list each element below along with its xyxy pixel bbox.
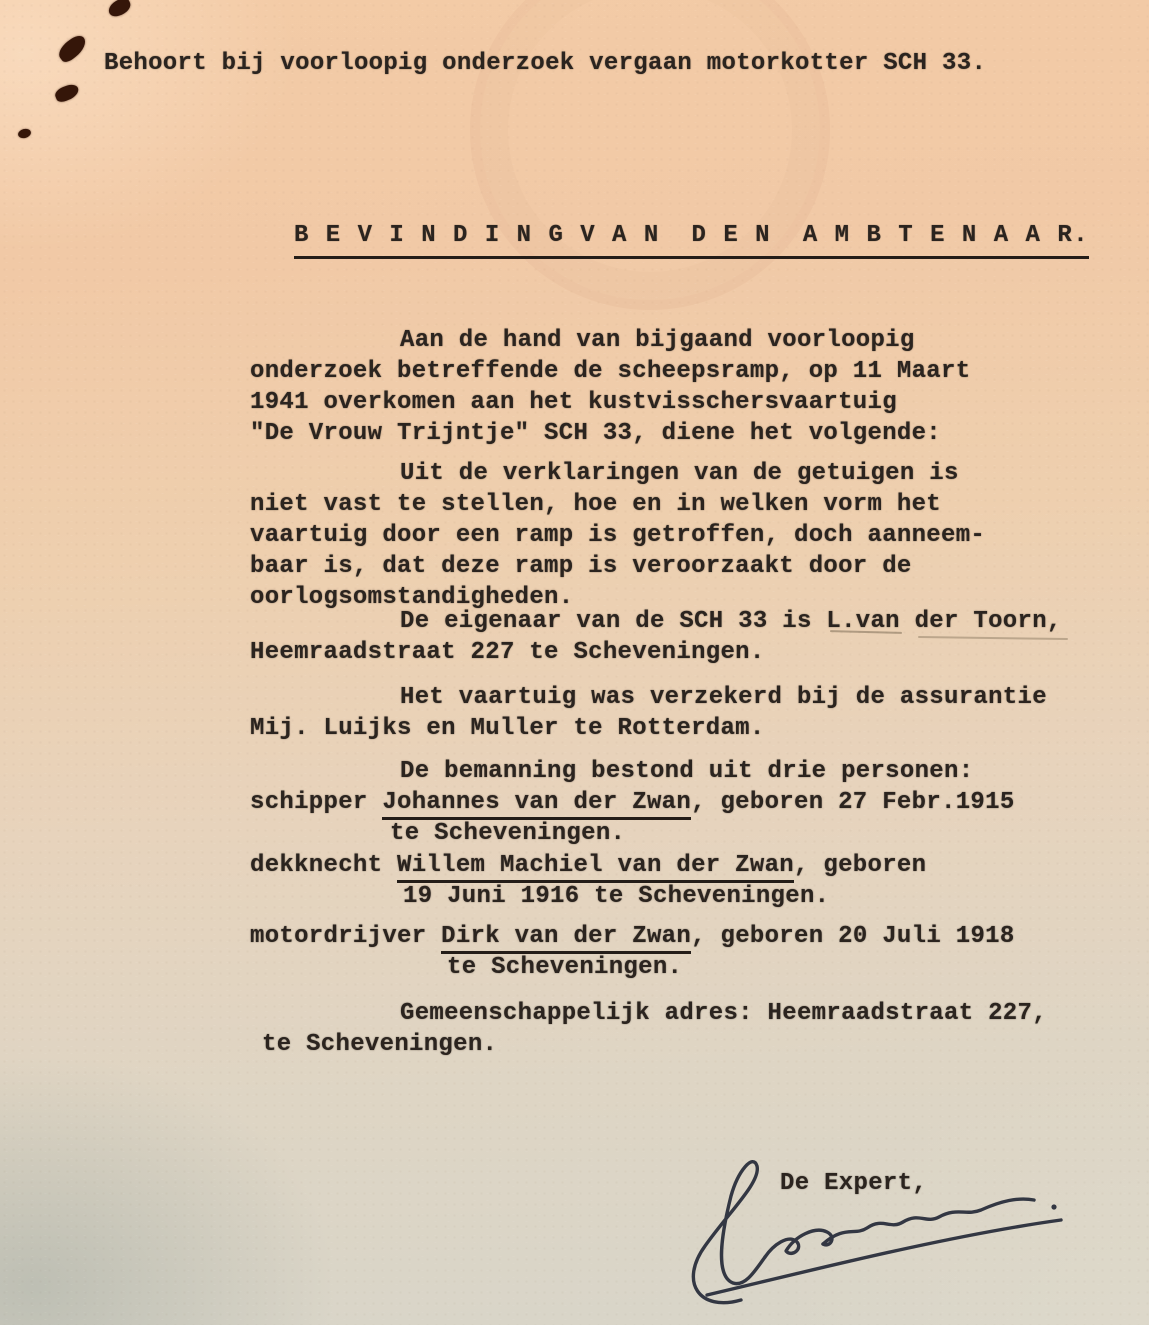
ink-stain	[106, 0, 133, 19]
document-title: B E V I N D I N G V A N D E N A M B T E …	[294, 222, 1089, 249]
ink-stain	[17, 127, 32, 139]
text-line: De eigenaar van de SCH 33 is L.van der T…	[250, 606, 1062, 637]
paragraph-insurance: Het vaartuig was verzekerd bij de assura…	[250, 682, 1047, 744]
text-line: Mij. Luijks en Muller te Rotterdam.	[250, 713, 1047, 744]
crew-role: schipper	[250, 789, 382, 816]
crew-entry-motordrijver: motordrijver Dirk van der Zwan, geboren …	[250, 921, 1015, 983]
crew-role: dekknecht	[250, 852, 397, 879]
paragraph-crew: De bemanning bestond uit drie personen: …	[250, 756, 1015, 849]
text-line: Aan de hand van bijgaand voorloopig	[250, 325, 970, 356]
header-note: Behoort bij voorloopig onderzoek vergaan…	[104, 48, 986, 79]
text-line: vaartuig door een ramp is getroffen, doc…	[250, 520, 985, 551]
crew-role: motordrijver	[250, 923, 441, 950]
crew-entry-schipper: schipper Johannes van der Zwan, geboren …	[250, 787, 1015, 818]
paragraph-address: Gemeenschappelijk adres: Heemraadstraat …	[250, 998, 1047, 1060]
crew-birth: , geboren 27 Febr.1915	[691, 789, 1014, 816]
text-line: Uit de verklaringen van de getuigen is	[250, 458, 985, 489]
text-line: te Scheveningen.	[250, 952, 1015, 983]
signature-label: De Expert,	[780, 1168, 927, 1199]
text-line: motordrijver Dirk van der Zwan, geboren …	[250, 921, 1015, 952]
crew-name-underlined: Willem Machiel van der Zwan	[397, 852, 794, 883]
text-line: Behoort bij voorloopig onderzoek vergaan…	[104, 48, 986, 79]
crew-birth: , geboren 20 Juli 1918	[691, 923, 1014, 950]
text-line: te Scheveningen.	[250, 818, 1015, 849]
paragraph-findings: Uit de verklaringen van de getuigen is n…	[250, 458, 985, 613]
text-line: dekknecht Willem Machiel van der Zwan, g…	[250, 850, 926, 881]
text-line: 1941 overkomen aan het kustvisschersvaar…	[250, 387, 970, 418]
text-line: onderzoek betreffende de scheepsramp, op…	[250, 356, 970, 387]
crew-entry-dekknecht: dekknecht Willem Machiel van der Zwan, g…	[250, 850, 926, 912]
document-page: Behoort bij voorloopig onderzoek vergaan…	[0, 0, 1149, 1325]
signature-block: De Expert,	[780, 1168, 927, 1199]
text-line: Heemraadstraat 227 te Scheveningen.	[250, 637, 1062, 668]
title-text: B E V I N D I N G V A N D E N A M B T E …	[294, 222, 1089, 259]
text-line: te Scheveningen.	[250, 1029, 1047, 1060]
text-line: Gemeenschappelijk adres: Heemraadstraat …	[250, 998, 1047, 1029]
text-line: niet vast te stellen, hoe en in welken v…	[250, 489, 985, 520]
ink-stain	[55, 32, 90, 64]
text-line: "De Vrouw Trijntje" SCH 33, diene het vo…	[250, 418, 970, 449]
crew-name-underlined: Johannes van der Zwan	[382, 789, 691, 820]
paragraph-intro: Aan de hand van bijgaand voorloopig onde…	[250, 325, 970, 449]
paper-watermark	[470, 0, 830, 310]
crew-name-underlined: Dirk van der Zwan	[441, 923, 691, 954]
crew-birth: , geboren	[794, 852, 926, 879]
text-line: De bemanning bestond uit drie personen:	[250, 756, 1015, 787]
text-line: baar is, dat deze ramp is veroorzaakt do…	[250, 551, 985, 582]
text-line: Het vaartuig was verzekerd bij de assura…	[250, 682, 1047, 713]
text-line: 19 Juni 1916 te Scheveningen.	[250, 881, 926, 912]
ink-stain	[53, 82, 80, 104]
signature-handwriting	[645, 1140, 1075, 1320]
